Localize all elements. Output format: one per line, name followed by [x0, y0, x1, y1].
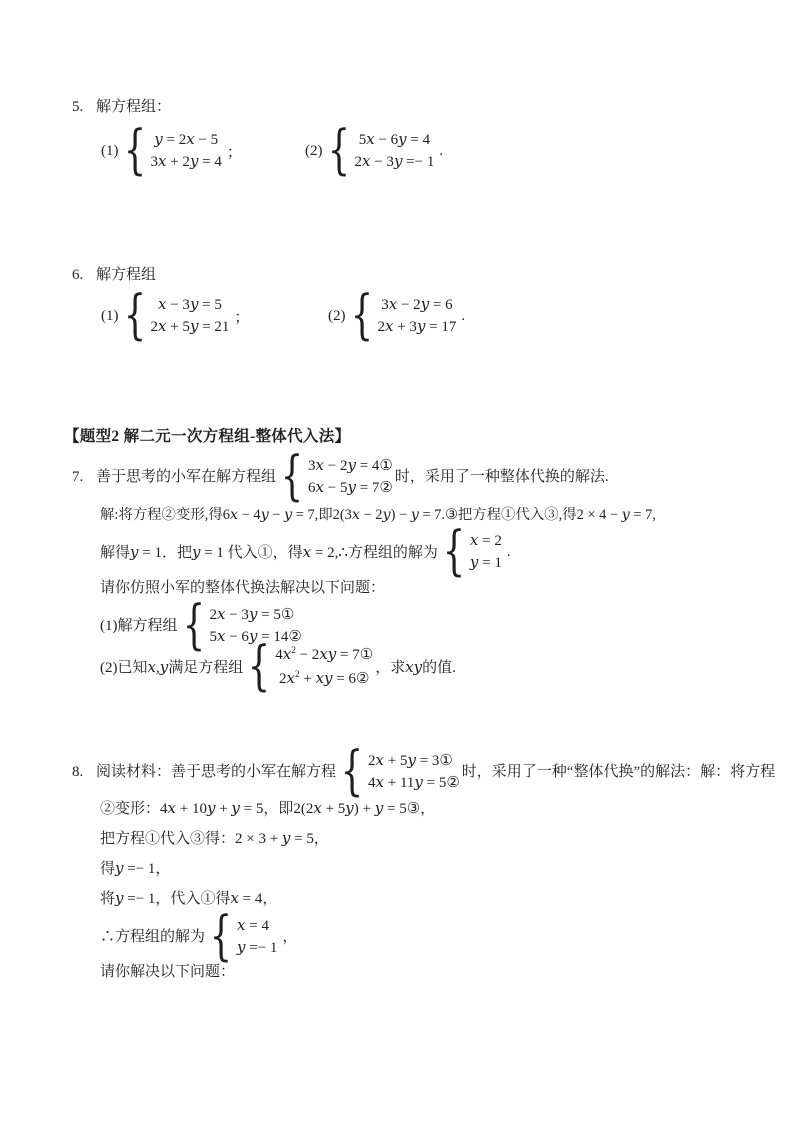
p8-answer-text: ∴方程组的解为	[100, 927, 205, 947]
equation: 2x2 + xy = 6②	[279, 667, 369, 691]
equation: 3x + 2y = 4	[151, 151, 222, 173]
p7-subproblem-1: (1)解方程组 { 2x − 3y = 5① 5x − 6y = 14②	[100, 604, 304, 648]
equation: y = 1	[470, 552, 502, 574]
equation: 3x − 2y = 4①	[308, 455, 393, 477]
p6-number: 6.	[72, 265, 96, 285]
p8-step-2: 把方程①代入③得：2 × 3 + y = 5，	[100, 828, 329, 849]
equation: 2x + 5y = 3①	[368, 750, 453, 772]
p8-given-system: { 2x + 5y = 3① 4x + 11y = 5②	[338, 750, 460, 794]
p7-number: 7.	[72, 467, 96, 487]
separator: ；	[234, 306, 249, 327]
p8-step-4: 将y =− 1，代入①得x = 4，	[100, 888, 277, 909]
p7-subproblem-2-text: (2)已知x,y满足方程组	[100, 657, 243, 678]
separator: .	[439, 143, 443, 160]
p8-number: 8.	[72, 762, 96, 782]
separator: .	[461, 308, 465, 325]
equation: 4x + 11y = 5②	[368, 772, 460, 794]
left-brace-icon: {	[210, 913, 232, 962]
p6-heading: 6. 解方程组	[72, 265, 156, 285]
equation: 3x − 2y = 6	[381, 294, 452, 316]
p6-system-1: (1) { x − 3y = 5 2x + 5y = 21 ；	[101, 293, 249, 339]
left-brace-icon: {	[443, 528, 465, 577]
p5-number: 5.	[72, 97, 96, 117]
p5-equations-row: (1) { y = 2x − 5 3x + 2y = 4 ； (2) { 5x …	[0, 128, 793, 174]
equation: 2x + 5y = 21	[151, 316, 230, 338]
p6-system-1-label: (1)	[101, 308, 119, 325]
p5-title: 解方程组：	[96, 97, 171, 117]
p7-solution-line1: 解:将方程②变形,得6x − 4y − y = 7,即2(3x − 2y) − …	[100, 505, 656, 525]
equation: y = 2x − 5	[154, 129, 218, 151]
left-brace-icon: {	[248, 643, 270, 692]
equation: x − 3y = 5	[158, 294, 222, 316]
p7-subproblem-2-system: { 4x2 − 2xy = 7① 2x2 + xy = 6②	[245, 643, 373, 691]
left-brace-icon: {	[327, 127, 349, 176]
p7-line1: 7. 善于思考的小军在解方程组 { 3x − 2y = 4① 6x − 5y =…	[72, 455, 609, 499]
p5-system-2-equations: { 5x − 6y = 4 2x − 3y =− 1	[325, 129, 435, 173]
p7-solution-text: 解得y = 1．把y = 1 代入①，得x = 2,∴方程组的解为	[100, 542, 438, 563]
equation: y =− 1	[237, 937, 277, 959]
p8-line1-text-after: 时，采用了一种“整体代换”的解法：解：将方程	[462, 762, 775, 782]
p7-subproblem-2-text-after: ，求xy的值.	[375, 657, 456, 678]
p6-title: 解方程组	[96, 265, 156, 285]
equation: 6x − 5y = 7②	[308, 477, 393, 499]
p7-given-system: { 3x − 2y = 4① 6x − 5y = 7②	[278, 455, 393, 499]
separator: .	[507, 542, 511, 562]
p6-equations-row: (1) { x − 3y = 5 2x + 5y = 21 ； (2) { 3x…	[0, 293, 793, 339]
p8-step-3: 得y =− 1，	[100, 858, 170, 879]
left-brace-icon: {	[281, 453, 303, 502]
p7-subproblem-2: (2)已知x,y满足方程组 { 4x2 − 2xy = 7① 2x2 + xy …	[100, 643, 456, 691]
p6-system-2-label: (2)	[328, 308, 346, 325]
p7-subproblem-1-text: (1)解方程组	[100, 616, 178, 636]
separator: ；	[227, 141, 242, 162]
p5-system-1-label: (1)	[101, 143, 119, 160]
section-header: 【题型2 解二元一次方程组-整体代入法】	[64, 427, 350, 447]
p5-system-1: (1) { y = 2x − 5 3x + 2y = 4 ；	[101, 128, 242, 174]
p6-system-2: (2) { 3x − 2y = 6 2x + 3y = 17 .	[328, 293, 465, 339]
equation: 2x − 3y =− 1	[355, 151, 435, 173]
equation: 2x − 3y = 5①	[210, 604, 295, 626]
p5-system-1-equations: { y = 2x − 5 3x + 2y = 4	[121, 129, 222, 173]
p8-line1: 8. 阅读材料：善于思考的小军在解方程 { 2x + 5y = 3① 4x + …	[72, 750, 775, 794]
p8-instruction: 请你解决以下问题：	[100, 962, 235, 982]
p6-system-2-equations: { 3x − 2y = 6 2x + 3y = 17	[348, 294, 457, 338]
p8-answer-line: ∴方程组的解为 { x = 4 y =− 1 ，	[100, 915, 297, 959]
p6-system-1-equations: { x − 3y = 5 2x + 5y = 21	[121, 294, 230, 338]
p7-solution-line2: 解得y = 1．把y = 1 代入①，得x = 2,∴方程组的解为 { x = …	[100, 530, 511, 574]
equation: x = 4	[237, 915, 269, 937]
left-brace-icon: {	[341, 748, 363, 797]
equation: 4x2 − 2xy = 7①	[275, 643, 373, 667]
p7-line1-text: 善于思考的小军在解方程组	[96, 467, 276, 487]
left-brace-icon: {	[350, 292, 372, 341]
left-brace-icon: {	[123, 127, 145, 176]
left-brace-icon: {	[123, 292, 145, 341]
worksheet-page: 5. 解方程组： (1) { y = 2x − 5 3x + 2y = 4 ； …	[0, 0, 793, 1122]
p5-system-2: (2) { 5x − 6y = 4 2x − 3y =− 1 .	[305, 128, 443, 174]
equation: x = 2	[470, 530, 502, 552]
p7-answer-system: { x = 2 y = 1	[440, 530, 502, 574]
p8-step-1: ②变形：4x + 10y + y = 5，即2(2x + 5y) + y = 5…	[100, 798, 435, 819]
p8-line1-text: 阅读材料：善于思考的小军在解方程	[96, 762, 336, 782]
p8-answer-system: { x = 4 y =− 1	[207, 915, 277, 959]
separator: ，	[282, 927, 297, 947]
p7-subproblem-1-system: { 2x − 3y = 5① 5x − 6y = 14②	[180, 604, 302, 648]
equation: 2x + 3y = 17	[378, 316, 457, 338]
p7-line1-text-after: 时，采用了一种整体代换的解法.	[395, 467, 609, 487]
p5-system-2-label: (2)	[305, 143, 323, 160]
p7-instruction: 请你仿照小军的整体代换法解决以下问题：	[100, 578, 385, 598]
equation: 5x − 6y = 4	[359, 129, 430, 151]
p5-heading: 5. 解方程组：	[72, 97, 171, 117]
